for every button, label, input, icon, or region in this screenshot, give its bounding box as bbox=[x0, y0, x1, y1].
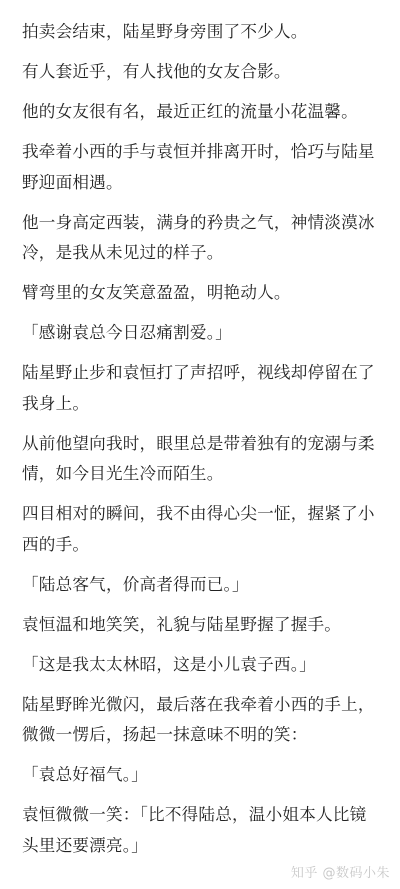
paragraph: 他的女友很有名，最近正红的流量小花温馨。 bbox=[22, 97, 382, 128]
dialogue-paragraph: 「陆总客气，价高者得而已。」 bbox=[22, 570, 382, 601]
paragraph: 拍卖会结束，陆星野身旁围了不少人。 bbox=[22, 17, 382, 48]
paragraph: 有人套近乎，有人找他的女友合影。 bbox=[22, 57, 382, 88]
paragraph: 臂弯里的女友笑意盈盈，明艳动人。 bbox=[22, 278, 382, 309]
article-body: 拍卖会结束，陆星野身旁围了不少人。 有人套近乎，有人找他的女友合影。 他的女友很… bbox=[22, 17, 382, 871]
paragraph: 四目相对的瞬间，我不由得心尖一怔，握紧了小西的手。 bbox=[22, 499, 382, 560]
paragraph: 从前他望向我时，眼里总是带着独有的宠溺与柔情，如今目光生冷而陌生。 bbox=[22, 429, 382, 490]
dialogue-paragraph: 「袁总好福气。」 bbox=[22, 760, 382, 791]
paragraph: 袁恒微微一笑：「比不得陆总，温小姐本人比镜头里还要漂亮。」 bbox=[22, 800, 382, 861]
watermark: 知乎 @数码小朱 bbox=[291, 862, 390, 881]
paragraph: 袁恒温和地笑笑，礼貌与陆星野握了握手。 bbox=[22, 610, 382, 641]
paragraph: 陆星野眸光微闪，最后落在我牵着小西的手上，微微一愣后，扬起一抹意味不明的笑： bbox=[22, 690, 382, 751]
paragraph: 我牵着小西的手与袁恒并排离开时，恰巧与陆星野迎面相遇。 bbox=[22, 137, 382, 198]
dialogue-paragraph: 「感谢袁总今日忍痛割爱。」 bbox=[22, 318, 382, 349]
paragraph: 他一身高定西装，满身的矜贵之气，神情淡漠冰冷，是我从未见过的样子。 bbox=[22, 208, 382, 269]
dialogue-paragraph: 「这是我太太林昭，这是小儿袁子西。」 bbox=[22, 650, 382, 681]
paragraph: 陆星野止步和袁恒打了声招呼，视线却停留在了我身上。 bbox=[22, 358, 382, 419]
